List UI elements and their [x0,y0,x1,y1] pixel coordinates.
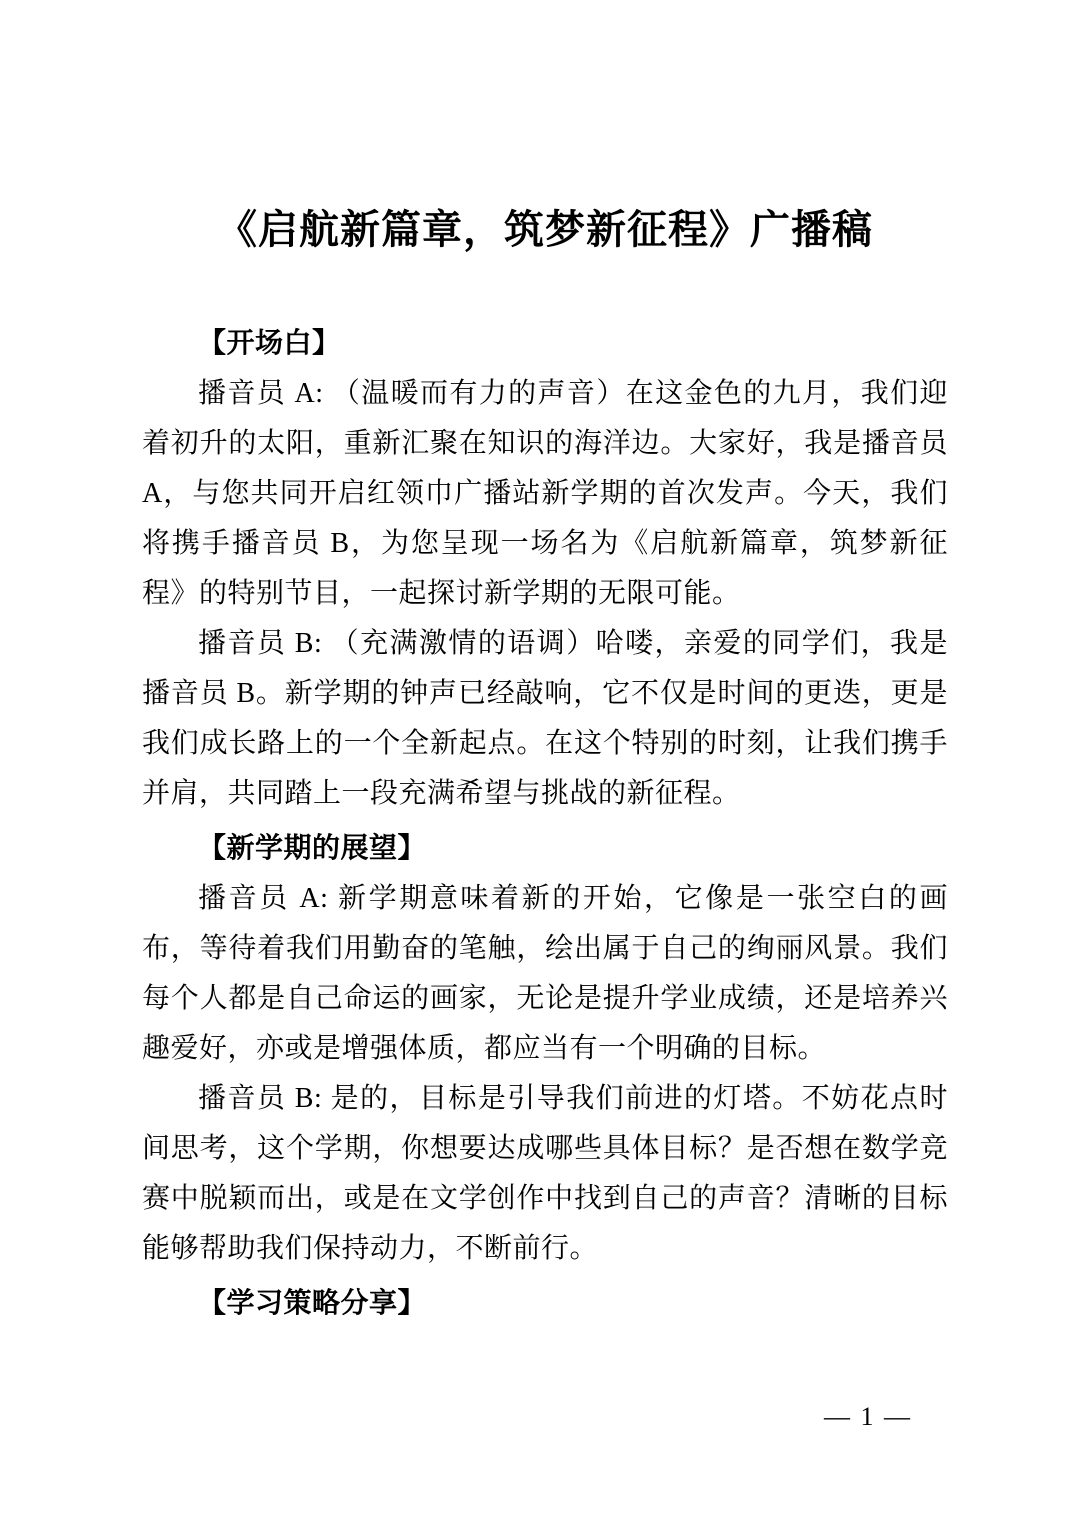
document-page: 《启航新篇章，筑梦新征程》广播稿 【开场白】 播音员 A: （温暖而有力的声音）… [0,0,1080,1527]
paragraph-announcer-b-opening: 播音员 B: （充满激情的语调）哈喽，亲爱的同学们，我是播音员 B。新学期的钟声… [142,619,948,819]
section-heading-new-semester-outlook: 【新学期的展望】 [142,824,948,874]
document-body: 【开场白】 播音员 A: （温暖而有力的声音）在这金色的九月，我们迎着初升的太阳… [142,319,948,1329]
paragraph-announcer-a-opening: 播音员 A: （温暖而有力的声音）在这金色的九月，我们迎着初升的太阳，重新汇聚在… [142,369,948,619]
paragraph-announcer-a-outlook: 播音员 A: 新学期意味着新的开始，它像是一张空白的画布，等待着我们用勤奋的笔触… [142,874,948,1074]
page-number: — 1 — [824,1402,912,1432]
section-heading-study-strategy: 【学习策略分享】 [142,1279,948,1329]
section-heading-opening: 【开场白】 [142,319,948,369]
paragraph-announcer-b-outlook: 播音员 B: 是的，目标是引导我们前进的灯塔。不妨花点时间思考，这个学期，你想要… [142,1074,948,1274]
document-title: 《启航新篇章，筑梦新征程》广播稿 [140,198,950,255]
